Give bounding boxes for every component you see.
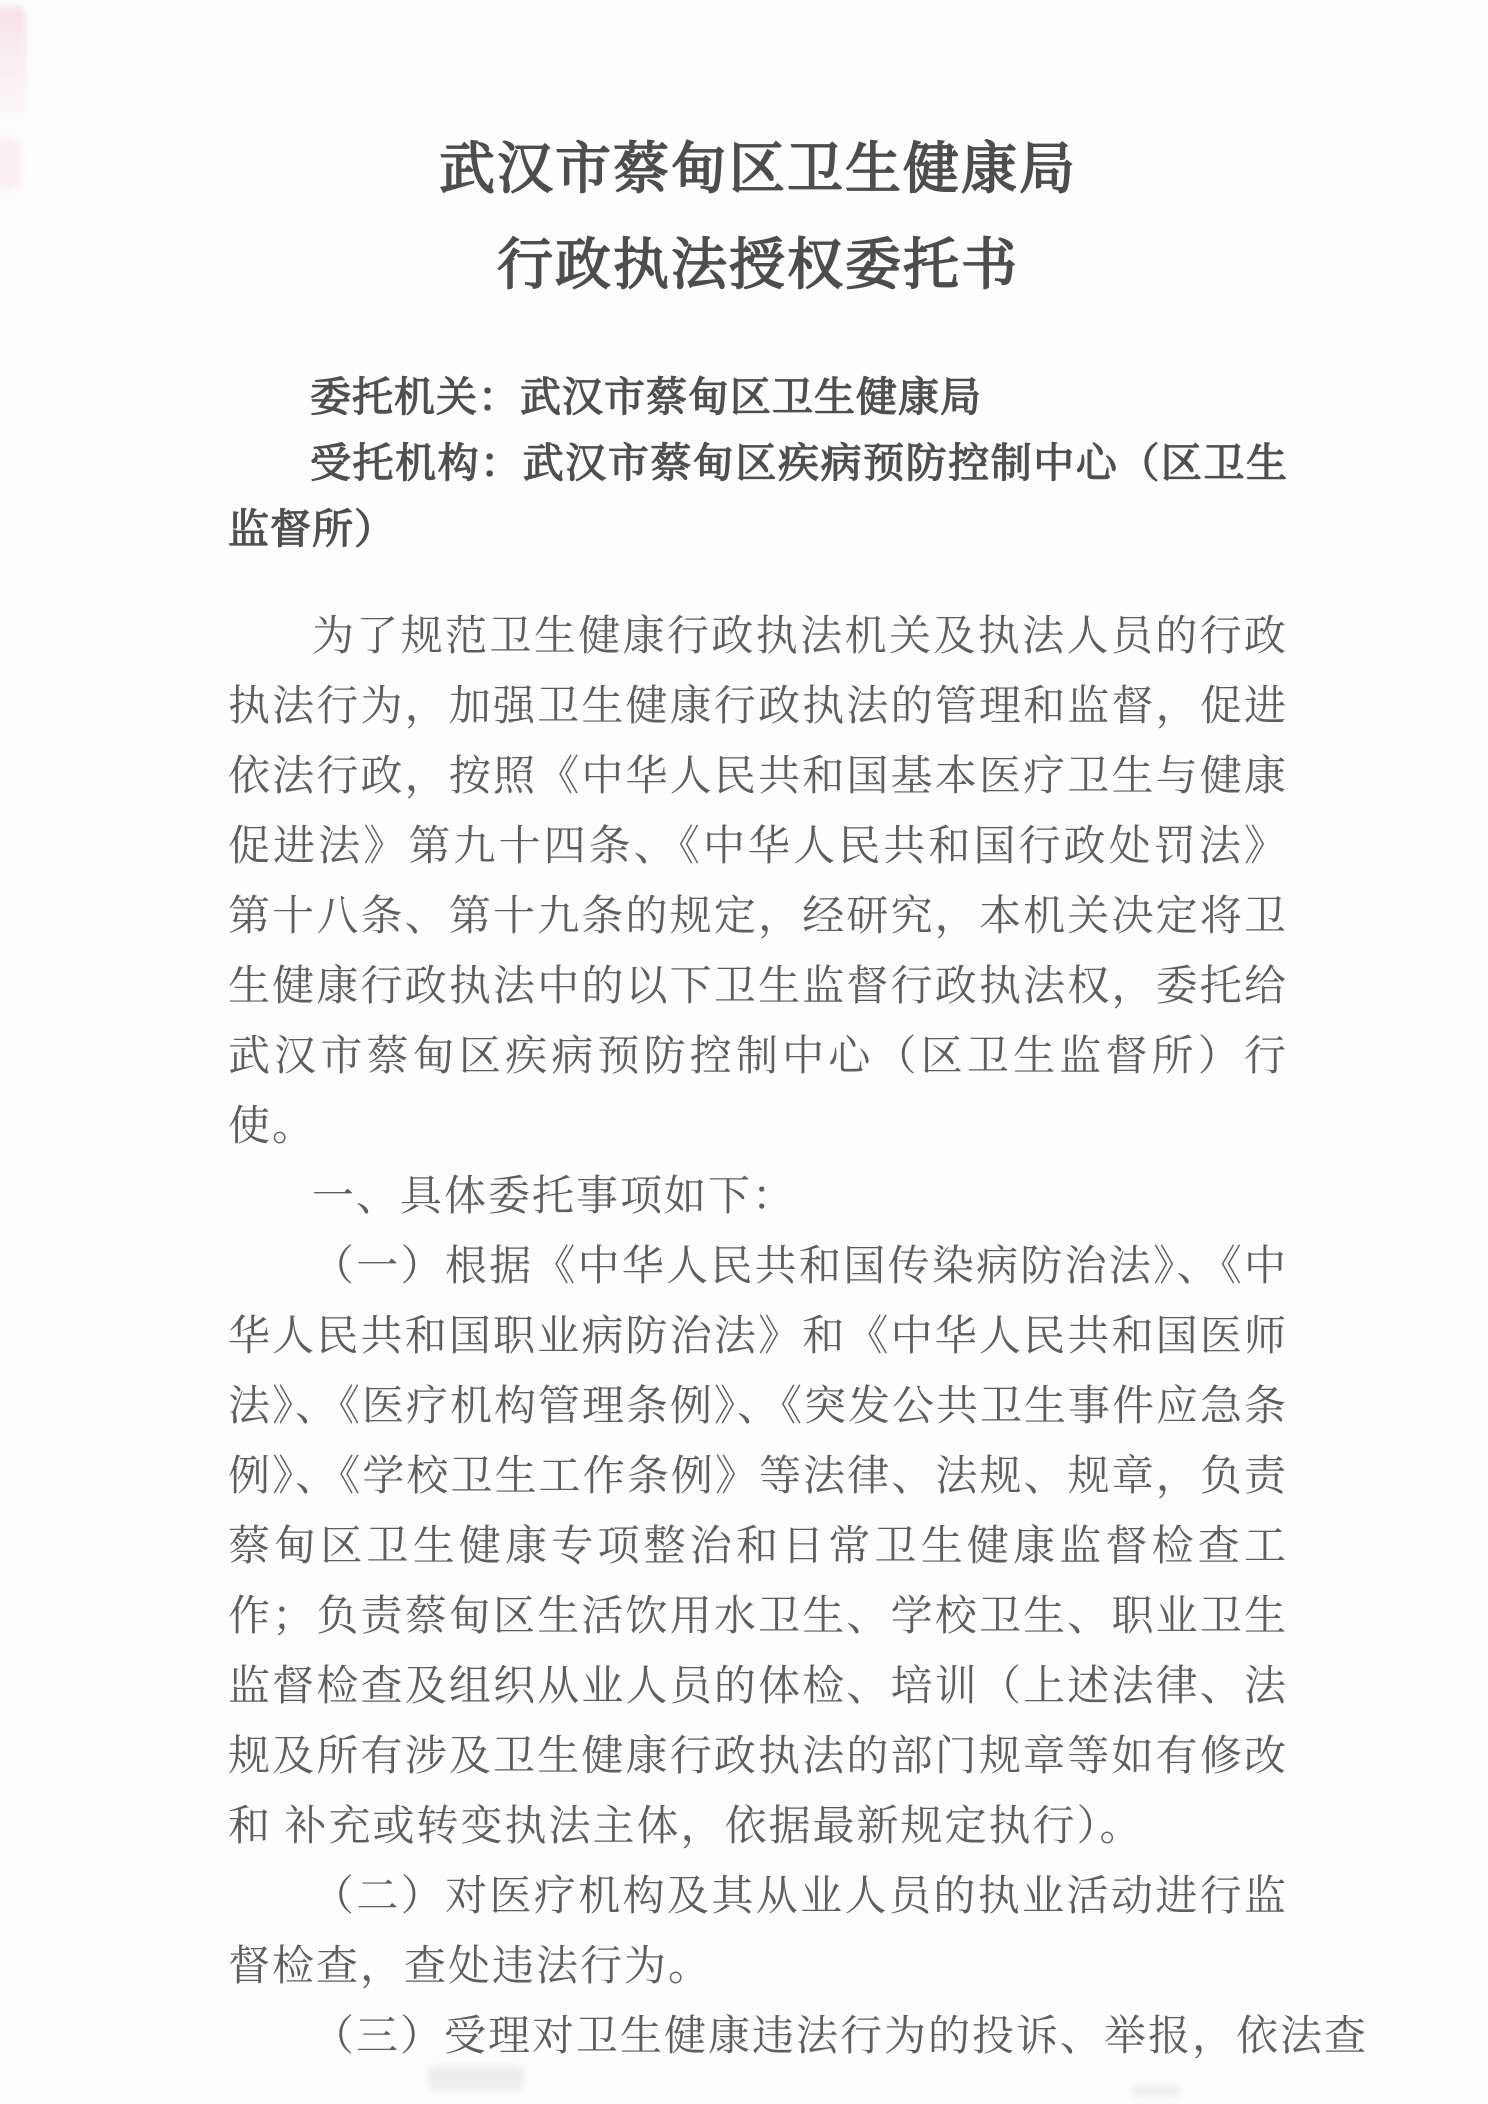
entrusted-org-line: 受托机构：武汉市蔡甸区疾病预防控制中心（区卫生监督所） bbox=[228, 430, 1288, 562]
document-title-line-1: 武汉市蔡甸区卫生健康局 bbox=[439, 139, 1077, 201]
document-title: 武汉市蔡甸区卫生健康局 行政执法授权委托书 bbox=[228, 122, 1288, 314]
document-page: 武汉市蔡甸区卫生健康局 行政执法授权委托书 委托机关：武汉市蔡甸区卫生健康局 受… bbox=[0, 0, 1488, 2104]
entrusting-org-line: 委托机关：武汉市蔡甸区卫生健康局 bbox=[228, 364, 1288, 430]
document-content: 武汉市蔡甸区卫生健康局 行政执法授权委托书 委托机关：武汉市蔡甸区卫生健康局 受… bbox=[228, 0, 1288, 2072]
scan-artifact-bottom-right-smudge bbox=[1132, 2086, 1180, 2096]
delegated-item-1: （一）根据《中华人民共和国传染病防治法》、《中华人民共和国职业病防治法》和《中华… bbox=[228, 1232, 1288, 1862]
entrusting-org-label: 委托机关： bbox=[310, 374, 520, 420]
scan-artifact-pink-left-edge bbox=[0, 138, 20, 190]
entrusting-org-value: 武汉市蔡甸区卫生健康局 bbox=[520, 374, 982, 420]
entrusted-org-label: 受托机构： bbox=[310, 440, 523, 486]
scan-artifact-pink-top-left bbox=[0, 6, 26, 116]
section-heading: 一、具体委托事项如下： bbox=[228, 1162, 1288, 1232]
document-body: 为了规范卫生健康行政执法机关及执法人员的行政执法行为，加强卫生健康行政执法的管理… bbox=[228, 602, 1288, 2072]
document-title-line-2: 行政执法授权委托书 bbox=[497, 235, 1019, 297]
delegated-item-2: （二）对医疗机构及其从业人员的执业活动进行监督检查，查处违法行为。 bbox=[228, 1862, 1288, 2002]
delegated-item-3: （三）受理对卫生健康违法行为的投诉、举报，依法查 bbox=[228, 2002, 1288, 2072]
intro-paragraph: 为了规范卫生健康行政执法机关及执法人员的行政执法行为，加强卫生健康行政执法的管理… bbox=[228, 602, 1288, 1162]
parties-block: 委托机关：武汉市蔡甸区卫生健康局 受托机构：武汉市蔡甸区疾病预防控制中心（区卫生… bbox=[228, 364, 1288, 562]
